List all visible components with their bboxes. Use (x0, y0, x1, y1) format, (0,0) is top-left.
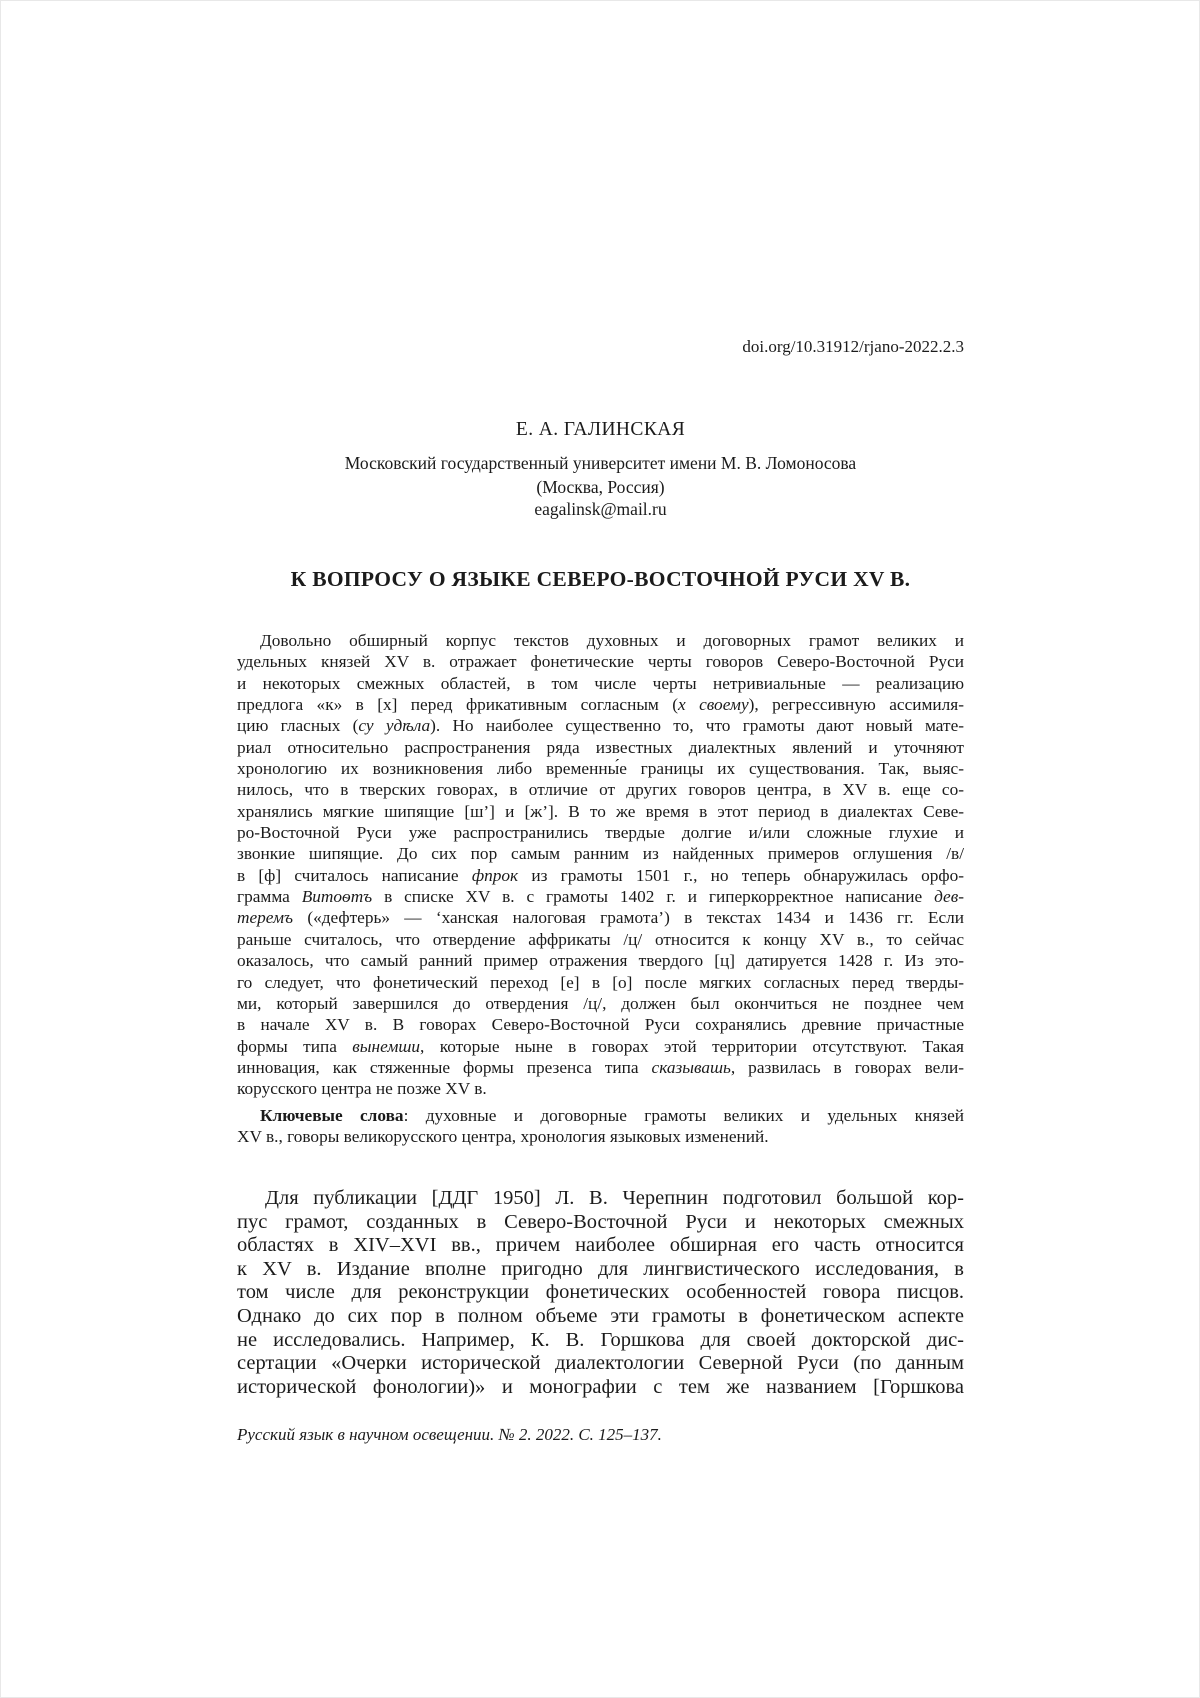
text-line: Довольно обширный корпус текстов духовны… (237, 630, 964, 651)
text-line: го следует, что фонетический переход [е]… (237, 972, 964, 993)
text-line: областях в XIV–XVI вв., причем наиболее … (237, 1234, 964, 1258)
text-line: хранялись мягкие шипящие [ш’] и [ж’]. В … (237, 801, 964, 822)
text-line: в [ф] считалось написание фпрок из грамо… (237, 865, 964, 886)
text-line: грамма Витоѳтъ в списке XV в. с грамоты … (237, 886, 964, 907)
doi-line: doi.org/10.31912/rjano-2022.2.3 (237, 337, 964, 357)
text-line: удельных князей XV в. отражает фонетичес… (237, 651, 964, 672)
body-paragraph: Для публикации [ДДГ 1950] Л. В. Черепнин… (237, 1187, 964, 1399)
text-line: цию гласных (су удѣла). Но наиболее суще… (237, 715, 964, 736)
text-line: теремъ («дефтерь» — ‘ханская налоговая г… (237, 907, 964, 928)
journal-footer: Русский язык в научном освещении. № 2. 2… (237, 1425, 964, 1445)
keywords-label: Ключевые слова (260, 1106, 404, 1125)
text-line: звонкие шипящие. До сих пор самым ранним… (237, 843, 964, 864)
text-line: сертации «Очерки исторической диалектоло… (237, 1352, 964, 1376)
text-line: предлога «к» в [х] перед фрикативным сог… (237, 694, 964, 715)
text-line: риал относительно распространения ряда и… (237, 737, 964, 758)
text-line: Однако до сих пор в полном объеме эти гр… (237, 1305, 964, 1329)
page: doi.org/10.31912/rjano-2022.2.3 Е. А. ГА… (0, 0, 1200, 1698)
text-line: ро-Восточной Руси уже распространились т… (237, 822, 964, 843)
text-line: раньше считалось, что отвердение аффрика… (237, 929, 964, 950)
text-line: ми, который завершился до отвердения /ц/… (237, 993, 964, 1014)
keywords-line: Ключевые слова: духовные и договорные гр… (237, 1105, 964, 1126)
text-line: Для публикации [ДДГ 1950] Л. В. Черепнин… (237, 1187, 964, 1211)
text-line: корусского центра не позже XV в. (237, 1078, 964, 1099)
text-line: не исследовались. Например, К. В. Горшко… (237, 1329, 964, 1353)
keywords-line: XV в., говоры великорусского центра, хро… (237, 1126, 964, 1147)
text-line: инновация, как стяженные формы презенса … (237, 1057, 964, 1078)
text-line: том числе для реконструкции фонетических… (237, 1281, 964, 1305)
article-title: К ВОПРОСУ О ЯЗЫКЕ СЕВЕРО-ВОСТОЧНОЙ РУСИ … (237, 567, 964, 592)
text-line: к XV в. Издание вполне пригодно для линг… (237, 1258, 964, 1282)
text-line: оказалось, что самый ранний пример отраж… (237, 950, 964, 971)
text-line: в начале XV в. В говорах Северо-Восточно… (237, 1014, 964, 1035)
text-line: и некоторых смежных областей, в том числ… (237, 673, 964, 694)
email-address: eagalinsk@mail.ru (237, 499, 964, 520)
author-name: Е. А. ГАЛИНСКАЯ (237, 419, 964, 441)
location: (Москва, Россия) (237, 477, 964, 498)
affiliation: Московский государственный университет и… (237, 453, 964, 474)
abstract-paragraph: Довольно обширный корпус текстов духовны… (237, 630, 964, 1100)
text-line: хронологию их возникновения либо временн… (237, 758, 964, 779)
text-line: пус грамот, созданных в Северо-Восточной… (237, 1211, 964, 1235)
keywords-paragraph: Ключевые слова: духовные и договорные гр… (237, 1105, 964, 1148)
text-line: исторической фонологии)» и монографии с … (237, 1376, 964, 1400)
keywords-text: : духовные и договорные грамоты великих … (404, 1106, 964, 1125)
text-line: формы типа вынемши, которые ныне в говор… (237, 1036, 964, 1057)
text-line: нилось, что в тверских говорах, в отличи… (237, 779, 964, 800)
